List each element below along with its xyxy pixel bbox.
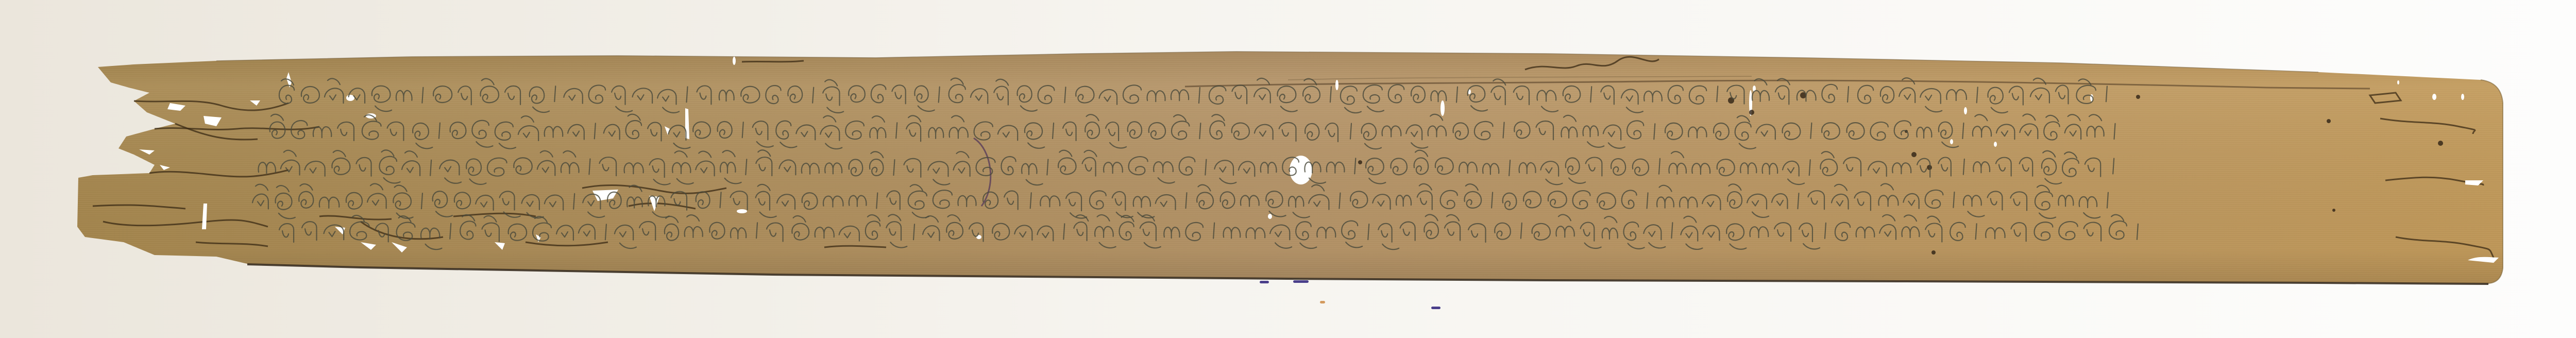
binding-hole [1290,156,1312,184]
palm-leaf [0,0,2576,338]
